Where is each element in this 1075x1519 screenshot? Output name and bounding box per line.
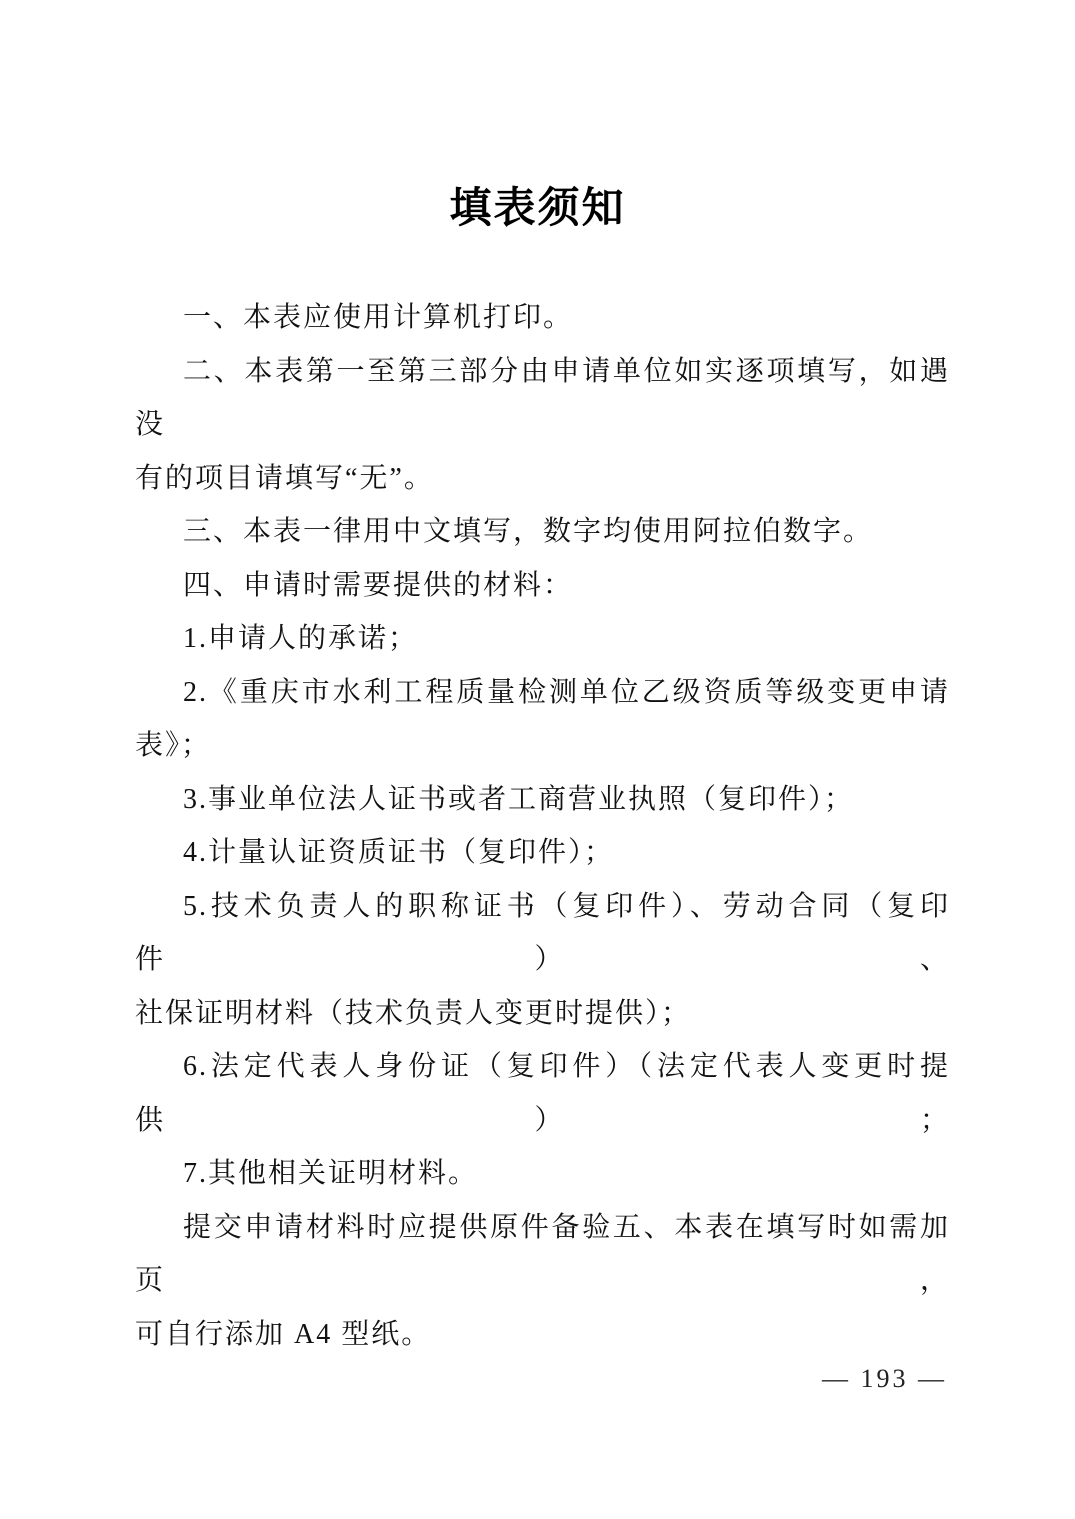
material-item-5-cont: 社保证明材料（技术负责人变更时提供）； bbox=[135, 987, 950, 1041]
material-item-1: 1.申请人的承诺； bbox=[135, 612, 950, 666]
page-number: — 193 — bbox=[822, 1363, 947, 1395]
material-item-2-cont: 表》； bbox=[135, 719, 950, 773]
instructions-body: 一、本表应使用计算机打印。 二、本表第一至第三部分由申请单位如实逐项填写，如遇没… bbox=[135, 291, 950, 1361]
page-title: 填表须知 bbox=[0, 0, 1075, 234]
material-item-2: 2.《重庆市水利工程质量检测单位乙级资质等级变更申请 bbox=[135, 666, 950, 720]
material-item-6: 6.法定代表人身份证（复印件）（法定代表人变更时提供）； bbox=[135, 1040, 950, 1147]
instruction-line-3: 有的项目请填写“无”。 bbox=[135, 452, 950, 506]
material-item-7: 7.其他相关证明材料。 bbox=[135, 1147, 950, 1201]
instruction-line-4: 三、本表一律用中文填写，数字均使用阿拉伯数字。 bbox=[135, 505, 950, 559]
closing-line: 提交申请材料时应提供原件备验五、本表在填写时如需加页， bbox=[135, 1201, 950, 1308]
closing-line-cont: 可自行添加 A4 型纸。 bbox=[135, 1308, 950, 1362]
material-item-5: 5.技术负责人的职称证书（复印件）、劳动合同（复印件）、 bbox=[135, 880, 950, 987]
instruction-line-5: 四、申请时需要提供的材料： bbox=[135, 559, 950, 613]
instruction-line-2: 二、本表第一至第三部分由申请单位如实逐项填写，如遇没 bbox=[135, 345, 950, 452]
material-item-4: 4.计量认证资质证书（复印件）； bbox=[135, 826, 950, 880]
instruction-line-1: 一、本表应使用计算机打印。 bbox=[135, 291, 950, 345]
document-page: 填表须知 一、本表应使用计算机打印。 二、本表第一至第三部分由申请单位如实逐项填… bbox=[0, 0, 1075, 1519]
material-item-3: 3.事业单位法人证书或者工商营业执照（复印件）； bbox=[135, 773, 950, 827]
